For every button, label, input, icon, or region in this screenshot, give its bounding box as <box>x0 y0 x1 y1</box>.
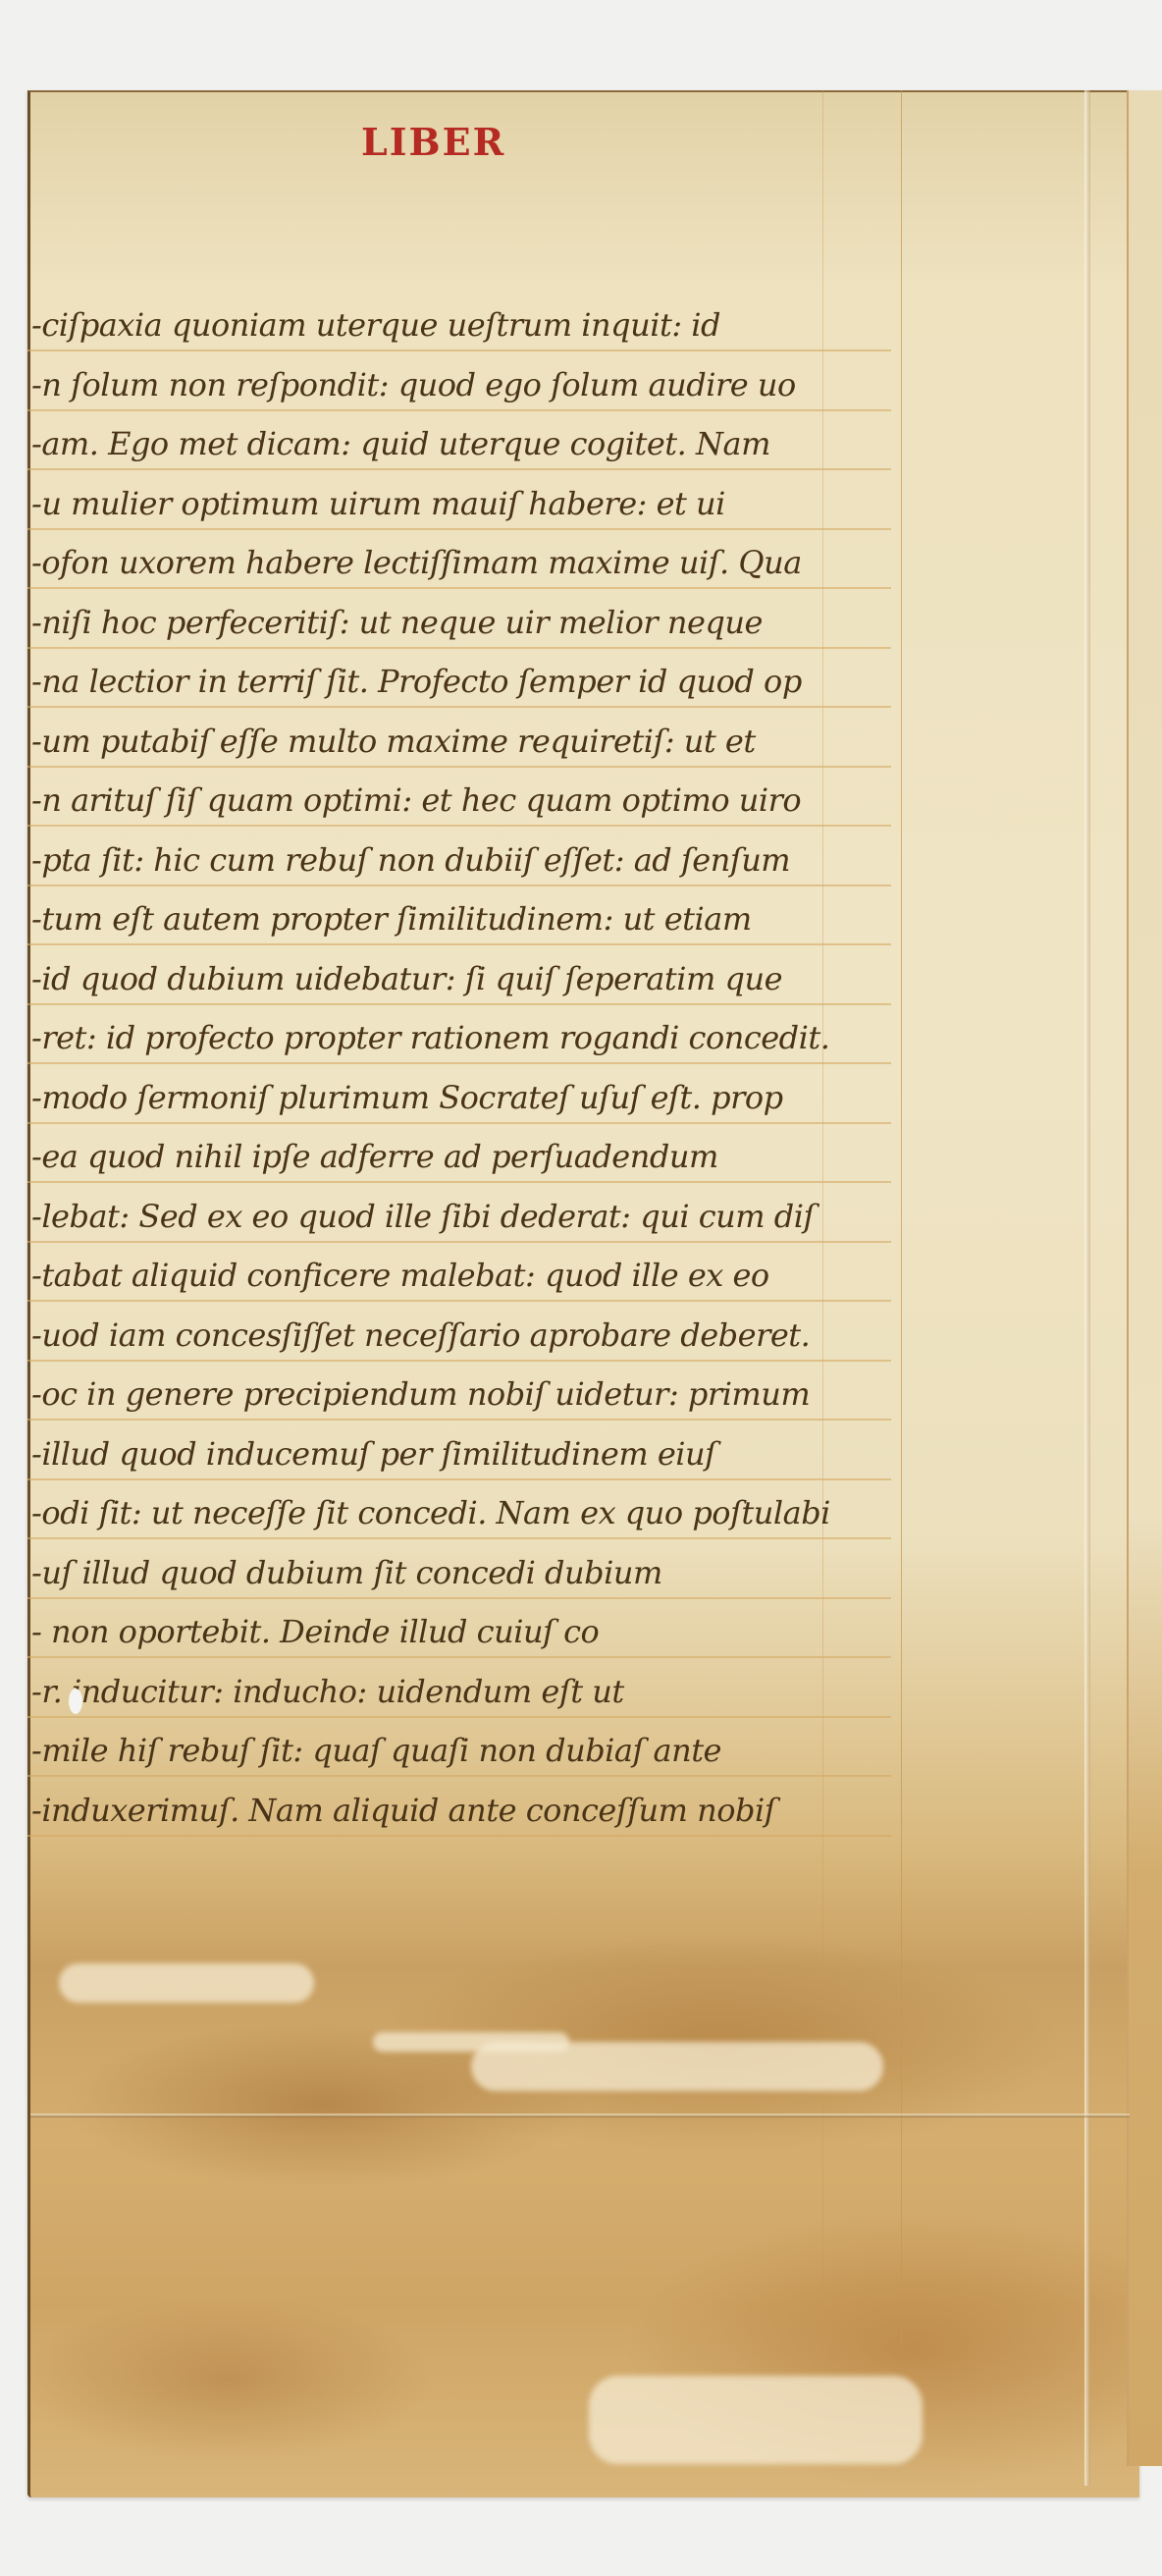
line-text: - non oportebit. Deinde illud cuiuſ co <box>31 1613 599 1650</box>
adjacent-leaf-edge <box>1127 90 1162 2466</box>
manuscript-line: -pta ſit: hic cum rebuſ non dubiiſ eſſet… <box>27 828 891 886</box>
manuscript-line: - non oportebit. Deinde illud cuiuſ co <box>27 1599 891 1658</box>
line-text: -lebat: Sed ex eo quod ille ſibi dederat… <box>31 1198 815 1235</box>
line-text: -odi ſit: ut neceſſe ſit concedi. Nam ex… <box>31 1494 830 1531</box>
manuscript-line: -um putabiſ eſſe multo maxime requiretiſ… <box>27 709 891 768</box>
manuscript-line: -n arituſ ſiſ quam optimi: et hec quam o… <box>27 768 891 827</box>
manuscript-line: -induxerimuſ. Nam aliquid ante conceſſum… <box>27 1778 891 1837</box>
line-text: -am. Ego met dicam: quid uterque cogitet… <box>31 425 770 462</box>
water-stain <box>589 2376 923 2464</box>
line-text: -illud quod inducemuſ per ſimilitudinem … <box>31 1435 715 1473</box>
manuscript-line: -modo ſermoniſ plurimum Socrateſ uſuſ eſ… <box>27 1065 891 1124</box>
parchment-hole <box>69 1689 82 1714</box>
line-text: -oc in genere precipiendum nobiſ uidetur… <box>31 1375 810 1413</box>
vertical-fold <box>1084 90 1090 2486</box>
manuscript-line: -tum eſt autem propter ſimilitudinem: ut… <box>27 886 891 945</box>
manuscript-line: -u mulier optimum uirum mauiſ habere: et… <box>27 471 891 530</box>
manuscript-line: -id quod dubium uidebatur: ſi quiſ ſeper… <box>27 946 891 1005</box>
horizontal-crease <box>30 2114 1130 2118</box>
manuscript-line: -am. Ego met dicam: quid uterque cogitet… <box>27 411 891 470</box>
right-margin-rule <box>901 90 902 2348</box>
manuscript-line: -ciſpaxia quoniam uterque ueſtrum inquit… <box>27 293 891 351</box>
manuscript-line: -ofon uxorem habere lectiſſimam maxime u… <box>27 530 891 589</box>
line-text: -r. inducitur: inducho: uidendum eſt ut <box>31 1673 624 1710</box>
line-text: -ret: id profecto propter rationem rogan… <box>31 1019 829 1056</box>
water-stain <box>59 1963 314 2003</box>
manuscript-line: -lebat: Sed ex eo quod ille ſibi dederat… <box>27 1184 891 1243</box>
line-text: -n ſolum non reſpondit: quod ego ſolum a… <box>31 366 796 403</box>
line-text: -n arituſ ſiſ quam optimi: et hec quam o… <box>31 781 801 819</box>
line-text: -modo ſermoniſ plurimum Socrateſ uſuſ eſ… <box>31 1079 783 1116</box>
line-text: -uod iam concesſiſſet neceſſario aprobar… <box>31 1316 810 1354</box>
manuscript-line: -r. inducitur: inducho: uidendum eſt ut <box>27 1659 891 1718</box>
line-text: -mile hiſ rebuſ ſit: quaſ quaſi non dubi… <box>31 1732 721 1769</box>
line-text: -pta ſit: hic cum rebuſ non dubiiſ eſſet… <box>31 841 790 879</box>
manuscript-line: -odi ſit: ut neceſſe ſit concedi. Nam ex… <box>27 1480 891 1539</box>
rubric-heading: LIBER <box>361 120 505 164</box>
line-text: -induxerimuſ. Nam aliquid ante conceſſum… <box>31 1792 775 1829</box>
manuscript-line: -uod iam concesſiſſet neceſſario aprobar… <box>27 1303 891 1362</box>
manuscript-line: -tabat aliquid conficere malebat: quod i… <box>27 1243 891 1302</box>
manuscript-line: -n ſolum non reſpondit: quod ego ſolum a… <box>27 352 891 411</box>
manuscript-line: -oc in genere precipiendum nobiſ uidetur… <box>27 1362 891 1421</box>
water-stain <box>471 2042 883 2091</box>
manuscript-line: -mile hiſ rebuſ ſit: quaſ quaſi non dubi… <box>27 1718 891 1777</box>
line-text: -ofon uxorem habere lectiſſimam maxime u… <box>31 544 802 581</box>
line-text: -na lectior in terriſ ſit. Profecto ſemp… <box>31 663 802 700</box>
line-text: -niſi hoc perfeceritiſ: ut neque uir mel… <box>31 604 763 641</box>
manuscript-line: -niſi hoc perfeceritiſ: ut neque uir mel… <box>27 590 891 649</box>
line-text: -tum eſt autem propter ſimilitudinem: ut… <box>31 900 752 938</box>
line-text: -id quod dubium uidebatur: ſi quiſ ſeper… <box>31 960 782 997</box>
line-text: -ea quod nihil ipſe adferre ad perſuaden… <box>31 1138 718 1175</box>
manuscript-line: -illud quod inducemuſ per ſimilitudinem … <box>27 1422 891 1480</box>
manuscript-line: -uſ illud quod dubium ſit concedi dubium <box>27 1540 891 1599</box>
manuscript-line: -ret: id profecto propter rationem rogan… <box>27 1005 891 1064</box>
line-text: -ciſpaxia quoniam uterque ueſtrum inquit… <box>31 306 720 344</box>
line-text: -tabat aliquid conficere malebat: quod i… <box>31 1257 769 1294</box>
line-text: -u mulier optimum uirum mauiſ habere: et… <box>31 485 725 522</box>
line-text: -uſ illud quod dubium ſit concedi dubium <box>31 1554 662 1591</box>
line-text: -um putabiſ eſſe multo maxime requiretiſ… <box>31 723 756 760</box>
manuscript-line: -na lectior in terriſ ſit. Profecto ſemp… <box>27 649 891 708</box>
manuscript-line: -ea quod nihil ipſe adferre ad perſuaden… <box>27 1124 891 1183</box>
